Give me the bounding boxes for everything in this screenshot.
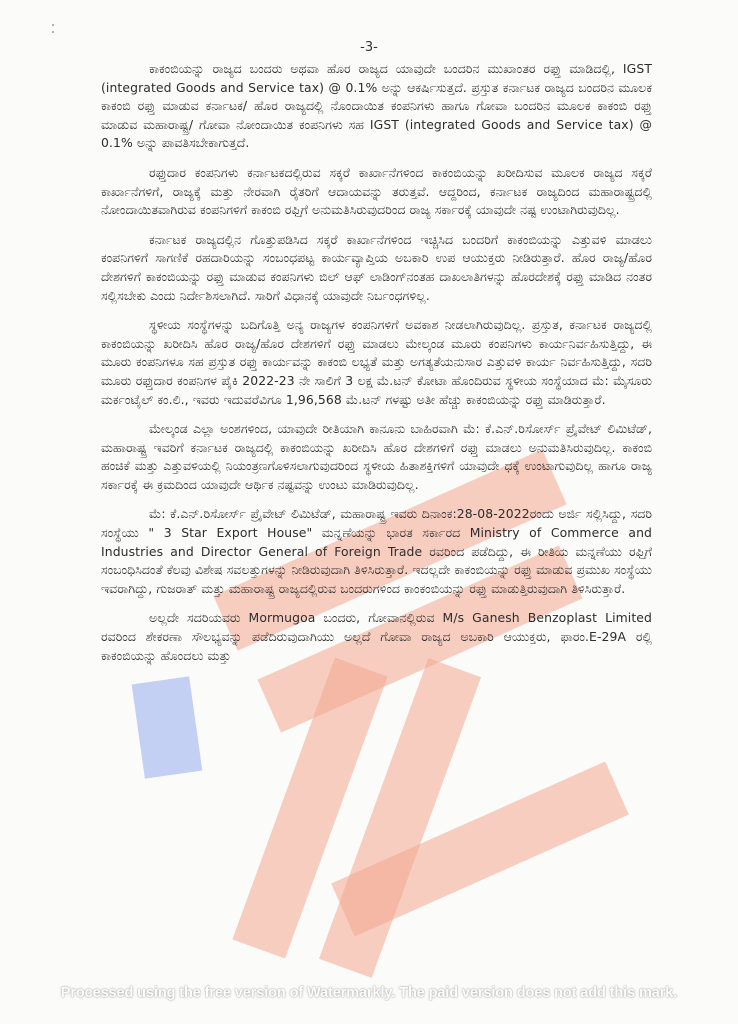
paragraph-transport-permit: ಕರ್ನಾಟಕ ರಾಜ್ಯದಲ್ಲಿನ ಗೊತ್ತುಪಡಿಸಿದ ಸಕ್ಕರೆ … [101,231,652,305]
margin-dot [52,24,54,26]
margin-dot [52,31,54,33]
page-number: -3- [0,40,738,55]
watermark-logo-block [132,676,203,778]
paragraph-no-illegal-permission: ಮೇಲ್ಕಂಡ ಎಲ್ಲಾ ಅಂಶಗಳಿಂದ, ಯಾವುದೇ ರೀತಿಯಾಗಿ … [101,420,652,494]
watermark-text: Processed using the free version of Wate… [0,985,738,1001]
paragraph-storage-facility: ಅಲ್ಲದೇ ಸದರಿಯವರು Mormugoa ಬಂದರು, ಗೋವಾನಲ್ಲ… [101,609,652,665]
paragraph-igst: ಕಾಕಂಬಿಯನ್ನು ರಾಜ್ಯದ ಬಂದರು ಅಥವಾ ಹೊರ ರಾಜ್ಯದ… [101,60,652,153]
document-page: -3- ಕಾಕಂಬಿಯನ್ನು ರಾಜ್ಯದ ಬಂದರು ಅಥವಾ ಹೊರ ರಾ… [0,0,738,1024]
paragraph-exporters-income: ರಫ್ತುದಾರ ಕಂಪನಿಗಳು ಕರ್ನಾಟಕದಲ್ಲಿರುವ ಸಕ್ಕರೆ… [101,164,652,220]
paragraph-kn-resources-application: ಮೆ: ಕೆ.ಎನ್.ರಿಸೋರ್ಸ್ ಪ್ರೈವೇಟ್ ಲಿಮಿಟೆಡ್, ಮ… [101,505,652,598]
paragraph-local-companies: ಸ್ಥಳೀಯ ಸಂಸ್ಥೆಗಳನ್ನು ಬದಿಗೊತ್ತಿ ಅನ್ಯ ರಾಜ್ಯ… [101,316,652,409]
document-body: ಕಾಕಂಬಿಯನ್ನು ರಾಜ್ಯದ ಬಂದರು ಅಥವಾ ಹೊರ ರಾಜ್ಯದ… [101,60,652,676]
